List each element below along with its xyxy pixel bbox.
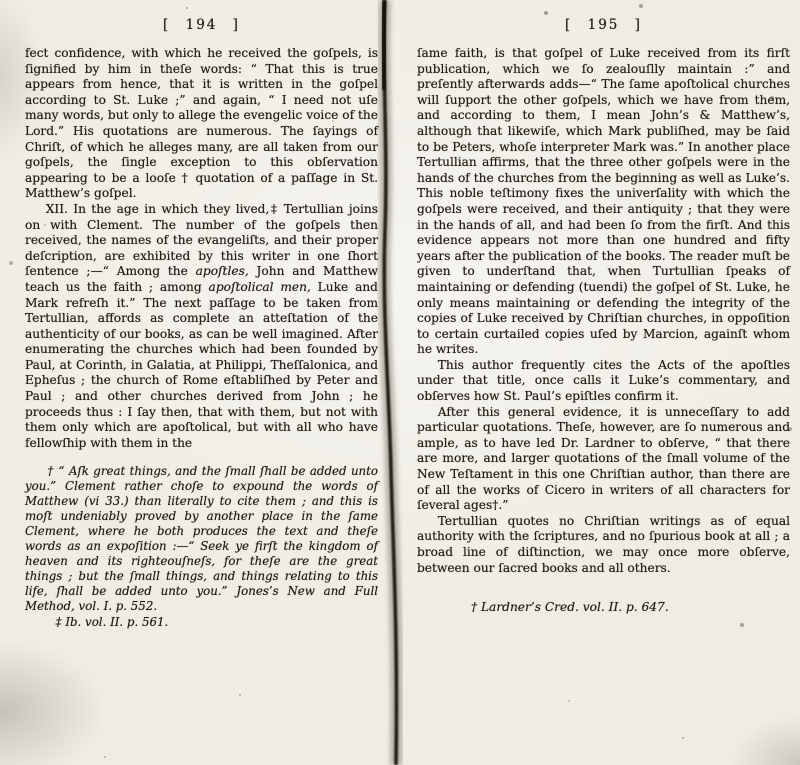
footnote: † “ Aſk great things, and the ſmall ſhal…: [25, 464, 378, 614]
paper-specks: [0, 0, 2, 2]
paragraph: ſame faith, is that goſpel of Luke recei…: [417, 46, 790, 358]
paragraph: This author frequently cites the Acts of…: [417, 358, 790, 405]
footnote: ‡ Ib. vol. II. p. 561.: [25, 615, 378, 630]
text-run-italic: apoſtolical men,: [209, 280, 311, 294]
page-number-header-right: [ 195 ]: [417, 17, 790, 33]
text-run-italic: apoſtles,: [196, 264, 249, 278]
text-run: Luke and Mark refreſh it.” The next paſſ…: [25, 280, 378, 450]
page-194: [ 194 ] fect confidence, with which he r…: [25, 0, 378, 630]
paragraph: fect confidence, with which he received …: [25, 46, 378, 202]
footnotes-left: † “ Aſk great things, and the ſmall ſhal…: [25, 464, 378, 630]
binding-gutter-shadow: [372, 0, 412, 765]
footnote: † Lardner’s Cred. vol. II. p. 647.: [417, 600, 790, 615]
page-195: [ 195 ] ſame faith, is that goſpel of Lu…: [417, 0, 790, 615]
paragraph: Tertullian quotes no Chriſtian writings …: [417, 514, 790, 576]
book-scan-spread: [ 194 ] fect confidence, with which he r…: [0, 0, 800, 765]
paragraph: XII. In the age in which they lived,‡ Te…: [25, 202, 378, 452]
page-number-header-left: [ 194 ]: [25, 17, 378, 33]
paragraph: After this general evidence, it is unnec…: [417, 405, 790, 514]
